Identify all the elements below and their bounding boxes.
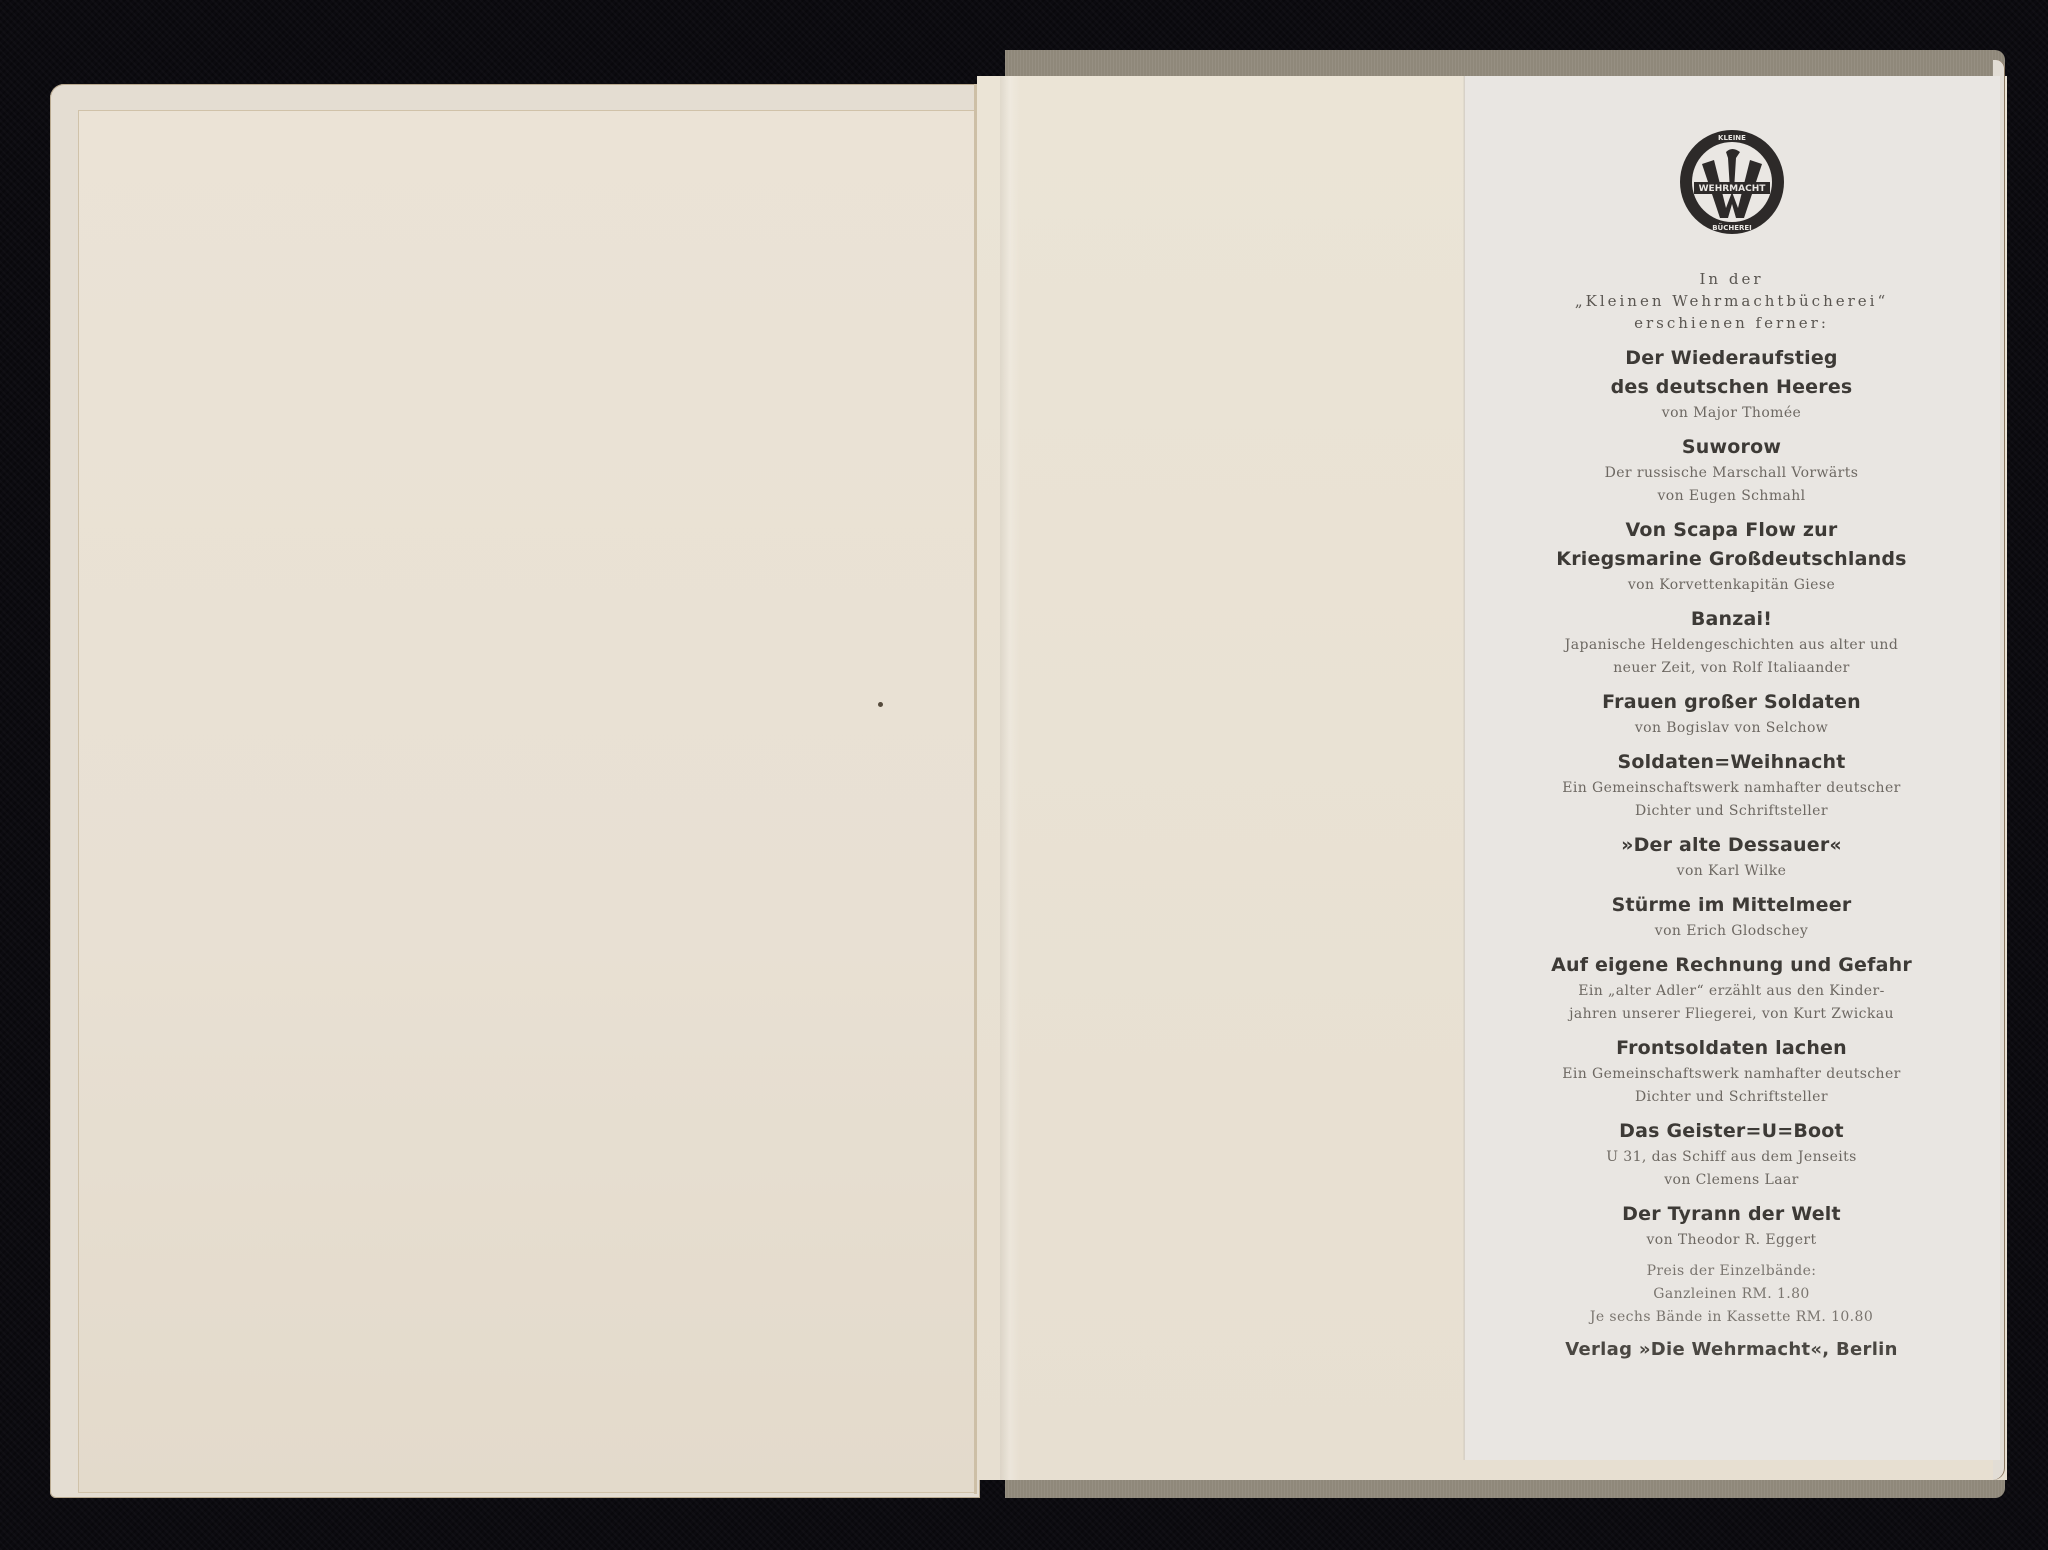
intro-line: erschienen ferner: bbox=[1464, 312, 1999, 334]
book-entry: Suworow Der russische Marschall Vorwärts… bbox=[1464, 433, 1999, 508]
book-subtitle: Dichter und Schriftsteller bbox=[1464, 1086, 1999, 1109]
svg-text:BÜCHEREI: BÜCHEREI bbox=[1712, 223, 1752, 232]
price-info: Preis der Einzelbände: Ganzleinen RM. 1.… bbox=[1464, 1260, 1999, 1329]
book-author: von Bogislav von Selchow bbox=[1464, 717, 1999, 740]
book-title: Frontsoldaten lachen bbox=[1464, 1034, 1999, 1063]
book-entry: »Der alte Dessauer« von Karl Wilke bbox=[1464, 831, 1999, 883]
publisher-line: Verlag »Die Wehrmacht«, Berlin bbox=[1464, 1339, 1999, 1360]
book-author: von Major Thomée bbox=[1464, 402, 1999, 425]
book-entry: Banzai! Japanische Heldengeschichten aus… bbox=[1464, 605, 1999, 680]
book-author: von Erich Glodschey bbox=[1464, 920, 1999, 943]
hinge-fold bbox=[1000, 76, 1020, 1480]
book-title: Frauen großer Soldaten bbox=[1464, 688, 1999, 717]
book-title: Der Tyrann der Welt bbox=[1464, 1200, 1999, 1229]
book-subtitle: Ein „alter Adler“ erzählt aus den Kinder… bbox=[1464, 980, 1999, 1003]
book-entry: Der Tyrann der Welt von Theodor R. Egger… bbox=[1464, 1200, 1999, 1252]
left-endpaper-blank bbox=[78, 110, 976, 1493]
book-title: »Der alte Dessauer« bbox=[1464, 831, 1999, 860]
book-title: Stürme im Mittelmeer bbox=[1464, 891, 1999, 920]
book-title: Der Wiederaufstieg bbox=[1464, 344, 1999, 373]
book-subtitle: U 31, das Schiff aus dem Jenseits bbox=[1464, 1146, 1999, 1169]
intro-line: „Kleinen Wehrmachtbücherei“ bbox=[1464, 290, 1999, 312]
book-author: von Korvettenkapitän Giese bbox=[1464, 574, 1999, 597]
book-entry: Der Wiederaufstieg des deutschen Heeres … bbox=[1464, 344, 1999, 425]
intro-text: In der „Kleinen Wehrmachtbücherei“ ersch… bbox=[1464, 268, 1999, 334]
book-entry: Frontsoldaten lachen Ein Gemeinschaftswe… bbox=[1464, 1034, 1999, 1109]
book-gutter bbox=[974, 84, 977, 1494]
svg-text:KLEINE: KLEINE bbox=[1718, 134, 1746, 142]
paper-speck bbox=[878, 702, 883, 707]
book-entry: Frauen großer Soldaten von Bogislav von … bbox=[1464, 688, 1999, 740]
price-line: Je sechs Bände in Kassette RM. 10.80 bbox=[1464, 1306, 1999, 1329]
book-subtitle: Ein Gemeinschaftswerk namhafter deutsche… bbox=[1464, 777, 1999, 800]
book-entry: Stürme im Mittelmeer von Erich Glodschey bbox=[1464, 891, 1999, 943]
book-subtitle: Dichter und Schriftsteller bbox=[1464, 800, 1999, 823]
book-title: Suworow bbox=[1464, 433, 1999, 462]
book-title: Kriegsmarine Großdeutschlands bbox=[1464, 545, 1999, 574]
book-subtitle: jahren unserer Fliegerei, von Kurt Zwick… bbox=[1464, 1003, 1999, 1026]
intro-line: In der bbox=[1464, 268, 1999, 290]
book-subtitle: Ein Gemeinschaftswerk namhafter deutsche… bbox=[1464, 1063, 1999, 1086]
book-title: Banzai! bbox=[1464, 605, 1999, 634]
book-entry: Auf eigene Rechnung und Gefahr Ein „alte… bbox=[1464, 951, 1999, 1026]
book-author: von Eugen Schmahl bbox=[1464, 485, 1999, 508]
book-entry: Von Scapa Flow zur Kriegsmarine Großdeut… bbox=[1464, 516, 1999, 597]
book-author: von Theodor R. Eggert bbox=[1464, 1229, 1999, 1252]
book-title: Von Scapa Flow zur bbox=[1464, 516, 1999, 545]
book-author: neuer Zeit, von Rolf Italiaander bbox=[1464, 657, 1999, 680]
price-line: Preis der Einzelbände: bbox=[1464, 1260, 1999, 1283]
svg-text:WEHRMACHT: WEHRMACHT bbox=[1698, 184, 1766, 194]
book-author: von Clemens Laar bbox=[1464, 1169, 1999, 1192]
price-line: Ganzleinen RM. 1.80 bbox=[1464, 1283, 1999, 1306]
book-title: Das Geister=U=Boot bbox=[1464, 1117, 1999, 1146]
flap-text-block: WEHRMACHT KLEINE BÜCHEREI In der „Kleine… bbox=[1464, 130, 1999, 1360]
book-author: von Karl Wilke bbox=[1464, 860, 1999, 883]
book-title: Soldaten=Weihnacht bbox=[1464, 748, 1999, 777]
book-title: Auf eigene Rechnung und Gefahr bbox=[1464, 951, 1999, 980]
book-subtitle: Der russische Marschall Vorwärts bbox=[1464, 462, 1999, 485]
kleine-wehrmacht-buecherei-logo-icon: WEHRMACHT KLEINE BÜCHEREI bbox=[1680, 130, 1784, 234]
book-entry: Soldaten=Weihnacht Ein Gemeinschaftswerk… bbox=[1464, 748, 1999, 823]
book-subtitle: Japanische Heldengeschichten aus alter u… bbox=[1464, 634, 1999, 657]
book-entry: Das Geister=U=Boot U 31, das Schiff aus … bbox=[1464, 1117, 1999, 1192]
book-title: des deutschen Heeres bbox=[1464, 373, 1999, 402]
